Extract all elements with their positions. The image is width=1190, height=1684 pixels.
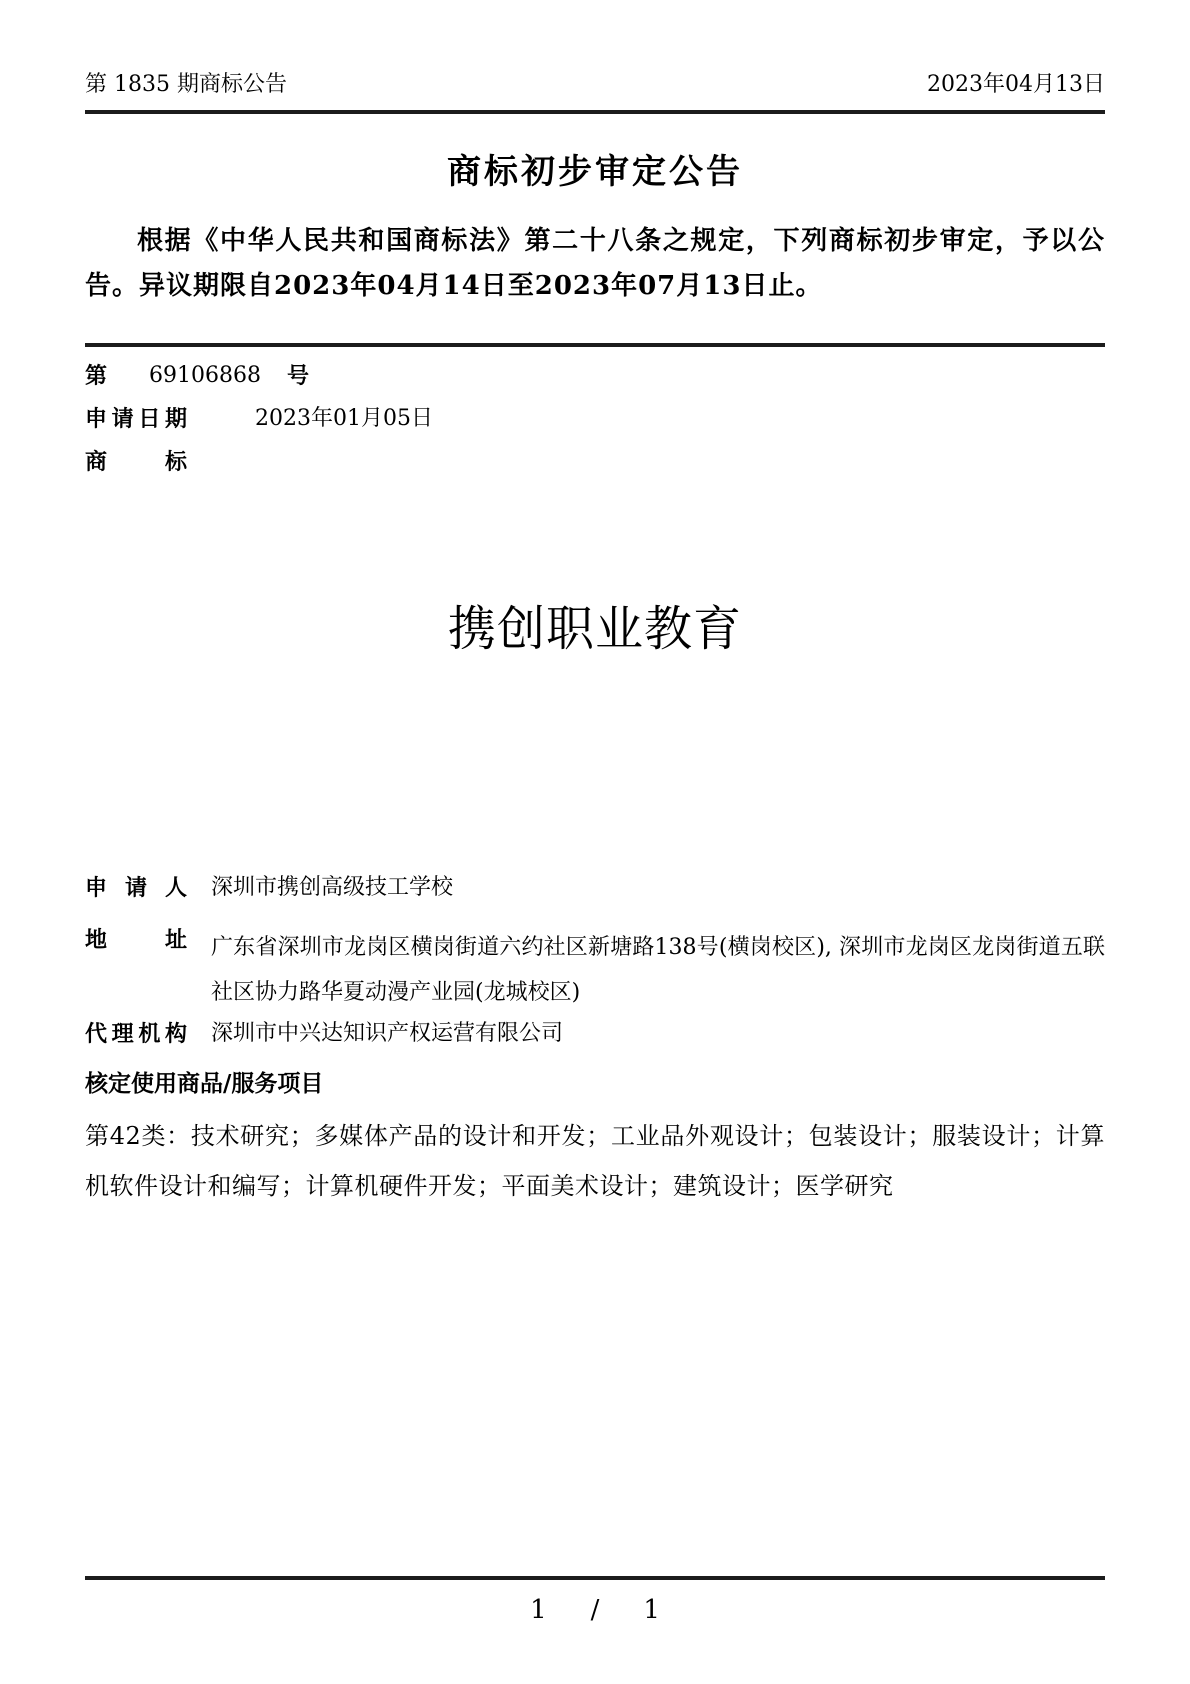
page-number-total: 1 bbox=[643, 1594, 660, 1626]
registration-prefix-label: 第 bbox=[85, 361, 107, 391]
header-divider bbox=[85, 110, 1105, 114]
registration-number-row: 第 69106868 号 bbox=[85, 361, 1105, 391]
applicant-row: 申请人 深圳市携创高级技工学校 bbox=[85, 873, 1105, 903]
address-row: 地址 广东省深圳市龙岗区横岗街道六约社区新塘路138号(横岗校区), 深圳市龙岗… bbox=[85, 925, 1105, 1015]
address-label: 地址 bbox=[85, 925, 187, 1015]
page-title: 商标初步审定公告 bbox=[85, 144, 1105, 193]
application-date-label: 申请日期 bbox=[85, 404, 187, 434]
application-date-value: 2023年01月05日 bbox=[255, 404, 433, 434]
registration-number-value: 69106868 bbox=[149, 361, 261, 391]
footer-divider bbox=[85, 1576, 1105, 1580]
agency-value: 深圳市中兴达知识产权运营有限公司 bbox=[211, 1019, 563, 1049]
gazette-date: 2023年04月13日 bbox=[927, 70, 1105, 100]
applicant-label: 申请人 bbox=[85, 873, 187, 903]
trademark-label: 商标 bbox=[85, 447, 187, 477]
services-list: 第42类：技术研究；多媒体产品的设计和开发；工业品外观设计；包装设计；服装设计；… bbox=[85, 1111, 1105, 1211]
services-heading: 核定使用商品/服务项目 bbox=[85, 1069, 1105, 1099]
applicant-value: 深圳市携创高级技工学校 bbox=[211, 873, 453, 903]
page-number: 1 / 1 bbox=[85, 1594, 1105, 1626]
gazette-page: 第 1835 期商标公告 2023年04月13日 商标初步审定公告 根据《中华人… bbox=[0, 0, 1190, 1684]
page-number-separator: / bbox=[591, 1594, 600, 1626]
page-number-current: 1 bbox=[530, 1594, 547, 1626]
section-divider bbox=[85, 343, 1105, 347]
document-footer: 1 / 1 bbox=[85, 1576, 1105, 1626]
document-header: 第 1835 期商标公告 2023年04月13日 bbox=[85, 0, 1105, 100]
trademark-image: 携创职业教育 bbox=[85, 477, 1105, 873]
agency-label: 代理机构 bbox=[85, 1019, 187, 1049]
trademark-text: 携创职业教育 bbox=[448, 603, 742, 656]
application-date-row: 申请日期 2023年01月05日 bbox=[85, 404, 1105, 434]
address-value: 广东省深圳市龙岗区横岗街道六约社区新塘路138号(横岗校区), 深圳市龙岗区龙岗… bbox=[211, 925, 1105, 1015]
agency-row: 代理机构 深圳市中兴达知识产权运营有限公司 bbox=[85, 1019, 1105, 1049]
gazette-issue-number: 第 1835 期商标公告 bbox=[85, 70, 287, 100]
intro-paragraph: 根据《中华人民共和国商标法》第二十八条之规定，下列商标初步审定，予以公告。异议期… bbox=[85, 219, 1105, 309]
registration-suffix-label: 号 bbox=[287, 361, 309, 391]
trademark-label-row: 商标 bbox=[85, 447, 1105, 477]
trademark-record: 第 69106868 号 申请日期 2023年01月05日 商标 携创职业教育 … bbox=[85, 361, 1105, 1049]
